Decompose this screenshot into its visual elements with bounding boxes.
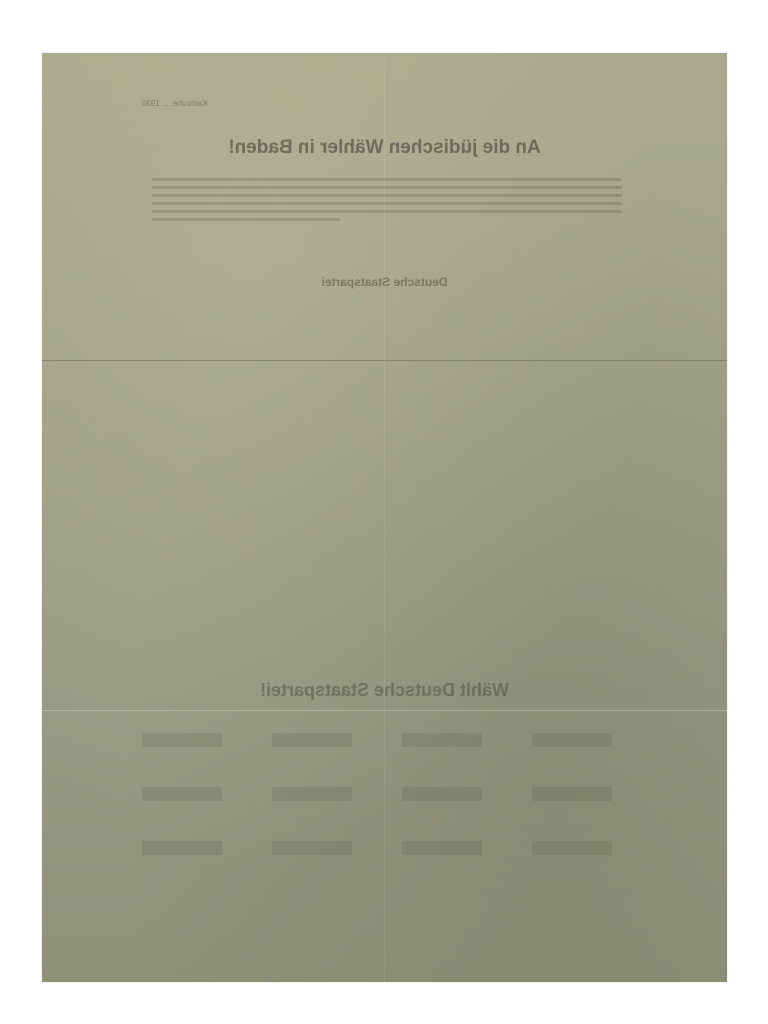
signatory (272, 841, 352, 855)
signatory (532, 733, 612, 747)
signatory (142, 733, 222, 747)
document-sheet: Karlsruhe, ... 1930 An die jüdischen Wäh… (42, 53, 727, 982)
slogan: Wählt Deutsche Staatspartei! (42, 680, 727, 701)
signatories (142, 733, 662, 855)
signatory (142, 841, 222, 855)
signatory (532, 841, 612, 855)
signatory (272, 733, 352, 747)
signatory (142, 787, 222, 801)
dateline: Karlsruhe, ... 1930 (142, 99, 207, 108)
headline: An die jüdischen Wähler in Baden! (42, 137, 727, 159)
signatory (402, 733, 482, 747)
signatory (402, 787, 482, 801)
party-name: Deutsche Staatspartei (42, 275, 727, 289)
body-paragraph (152, 173, 622, 226)
signatory (402, 841, 482, 855)
signatory (532, 787, 612, 801)
signatory (272, 787, 352, 801)
